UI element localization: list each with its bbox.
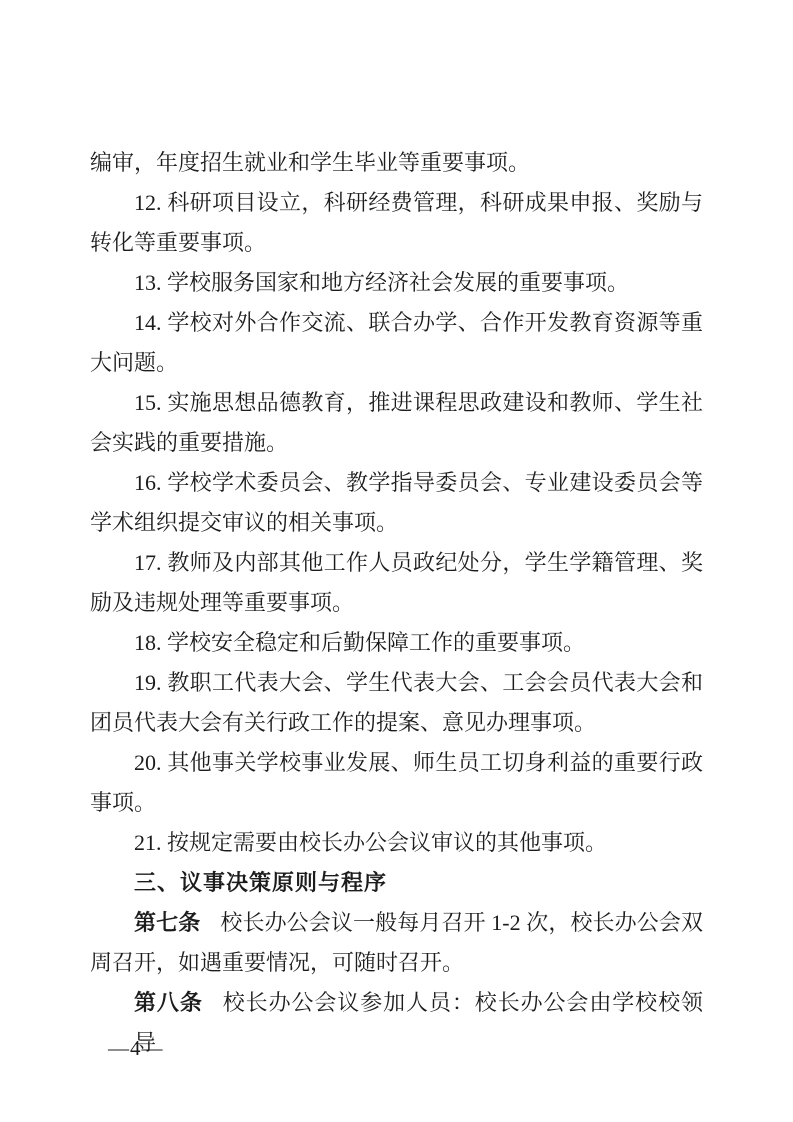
text-line: 学术组织提交审议的相关事项。 — [90, 503, 703, 543]
text-line: 转化等重要事项。 — [90, 223, 703, 263]
item-14: 14. 学校对外合作交流、联合办学、合作开发教育资源等重大问题。 — [90, 303, 703, 383]
text-line: 19. 教职工代表大会、学生代表大会、工会会员代表大会和 — [90, 663, 703, 703]
text-line: 18. 学校安全稳定和后勤保障工作的重要事项。 — [90, 623, 703, 663]
text-line: 会实践的重要措施。 — [90, 423, 703, 463]
text-line: 事项。 — [90, 783, 703, 823]
text-line: 16. 学校学术委员会、教学指导委员会、专业建设委员会等 — [90, 463, 703, 503]
text-line: 第七条校长办公会议一般每月召开 1-2 次，校长办公会双 — [90, 903, 703, 943]
text-line: 14. 学校对外合作交流、联合办学、合作开发教育资源等重 — [90, 303, 703, 343]
item-21: 21. 按规定需要由校长办公会议审议的其他事项。 — [90, 823, 703, 863]
text-line: 20. 其他事关学校事业发展、师生员工切身利益的重要行政 — [90, 743, 703, 783]
document-page: 编审，年度招生就业和学生毕业等重要事项。12. 科研项目设立，科研经费管理，科研… — [0, 0, 793, 1122]
document-body: 编审，年度招生就业和学生毕业等重要事项。12. 科研项目设立，科研经费管理，科研… — [90, 143, 703, 1063]
article-number: 第八条 — [134, 990, 203, 1015]
article-number: 第七条 — [134, 910, 200, 935]
text-line: 15. 实施思想品德教育，推进课程思政建设和教师、学生社 — [90, 383, 703, 423]
text-line: 12. 科研项目设立，科研经费管理，科研成果申报、奖励与 — [90, 183, 703, 223]
article-8: 第八条校长办公会议参加人员：校长办公会由学校校领导 — [90, 983, 703, 1063]
item-12: 12. 科研项目设立，科研经费管理，科研成果申报、奖励与转化等重要事项。 — [90, 183, 703, 263]
text-line: 励及违规处理等重要事项。 — [90, 583, 703, 623]
text-line: 编审，年度招生就业和学生毕业等重要事项。 — [90, 143, 703, 183]
text-line: 三、议事决策原则与程序 — [90, 863, 703, 903]
article-7: 第七条校长办公会议一般每月召开 1-2 次，校长办公会双周召开，如遇重要情况，可… — [90, 903, 703, 983]
text-line: 大问题。 — [90, 343, 703, 383]
text-line: 21. 按规定需要由校长办公会议审议的其他事项。 — [90, 823, 703, 863]
item-20: 20. 其他事关学校事业发展、师生员工切身利益的重要行政事项。 — [90, 743, 703, 823]
text-line: 周召开，如遇重要情况，可随时召开。 — [90, 943, 703, 983]
continuation-text: 编审，年度招生就业和学生毕业等重要事项。 — [90, 143, 703, 183]
item-15: 15. 实施思想品德教育，推进课程思政建设和教师、学生社会实践的重要措施。 — [90, 383, 703, 463]
text-line: 13. 学校服务国家和地方经济社会发展的重要事项。 — [90, 263, 703, 303]
item-13: 13. 学校服务国家和地方经济社会发展的重要事项。 — [90, 263, 703, 303]
page-number: —4— — [108, 1036, 164, 1060]
section-heading-3: 三、议事决策原则与程序 — [90, 863, 703, 903]
item-18: 18. 学校安全稳定和后勤保障工作的重要事项。 — [90, 623, 703, 663]
item-16: 16. 学校学术委员会、教学指导委员会、专业建设委员会等学术组织提交审议的相关事… — [90, 463, 703, 543]
text-line: 团员代表大会有关行政工作的提案、意见办理事项。 — [90, 703, 703, 743]
text-line: 第八条校长办公会议参加人员：校长办公会由学校校领导 — [90, 983, 703, 1063]
text-line: 17. 教师及内部其他工作人员政纪处分，学生学籍管理、奖 — [90, 543, 703, 583]
item-19: 19. 教职工代表大会、学生代表大会、工会会员代表大会和团员代表大会有关行政工作… — [90, 663, 703, 743]
item-17: 17. 教师及内部其他工作人员政纪处分，学生学籍管理、奖励及违规处理等重要事项。 — [90, 543, 703, 623]
